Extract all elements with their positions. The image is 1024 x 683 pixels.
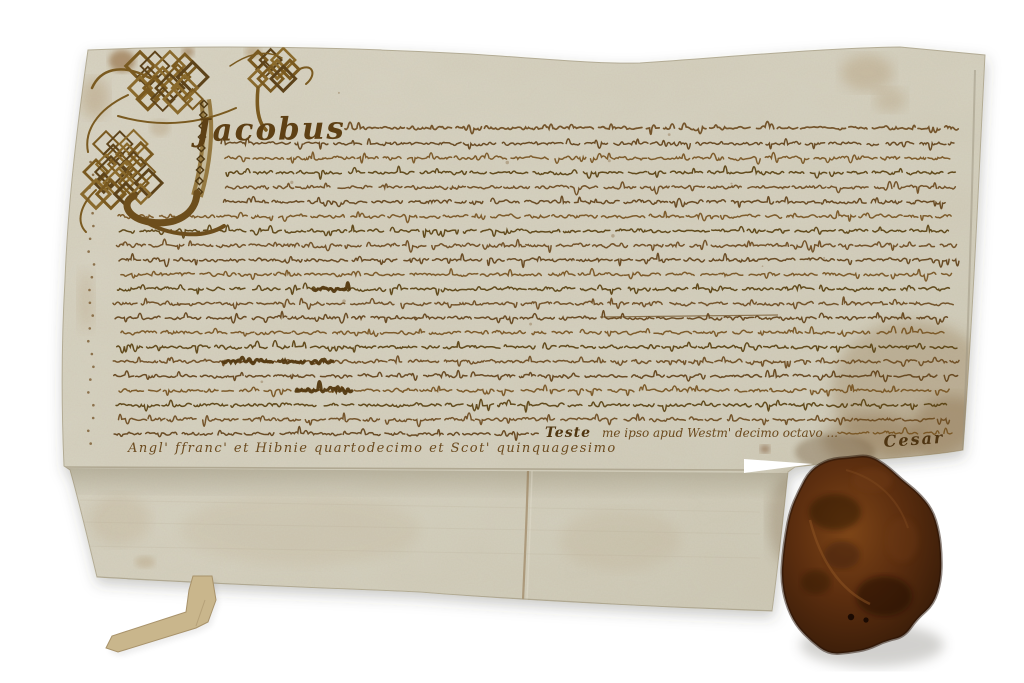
stain	[760, 445, 770, 453]
regnal-year-line: Angl' ffranc' et Hibnie quartodecimo et …	[127, 441, 617, 456]
seal-pit	[863, 617, 868, 622]
photo: Jacobus Teste me ipso apud Westm' decimo…	[0, 0, 1024, 683]
stain	[78, 270, 94, 330]
stain	[841, 55, 893, 91]
stain	[874, 88, 906, 112]
opening-word: Jacobus	[191, 110, 347, 149]
stain	[696, 38, 704, 44]
stain	[90, 495, 150, 545]
manuscript-photo: Jacobus Teste me ipso apud Westm' decimo…	[0, 0, 1024, 683]
wax-seal	[782, 456, 944, 667]
teste-word: Teste	[545, 425, 591, 441]
stain	[560, 510, 680, 570]
parchment-tail	[106, 576, 219, 656]
teste-clause: me ipso apud Westm' decimo octavo ...	[602, 426, 838, 440]
stain	[637, 42, 647, 50]
seal-pit	[848, 614, 854, 620]
stain	[135, 556, 155, 568]
